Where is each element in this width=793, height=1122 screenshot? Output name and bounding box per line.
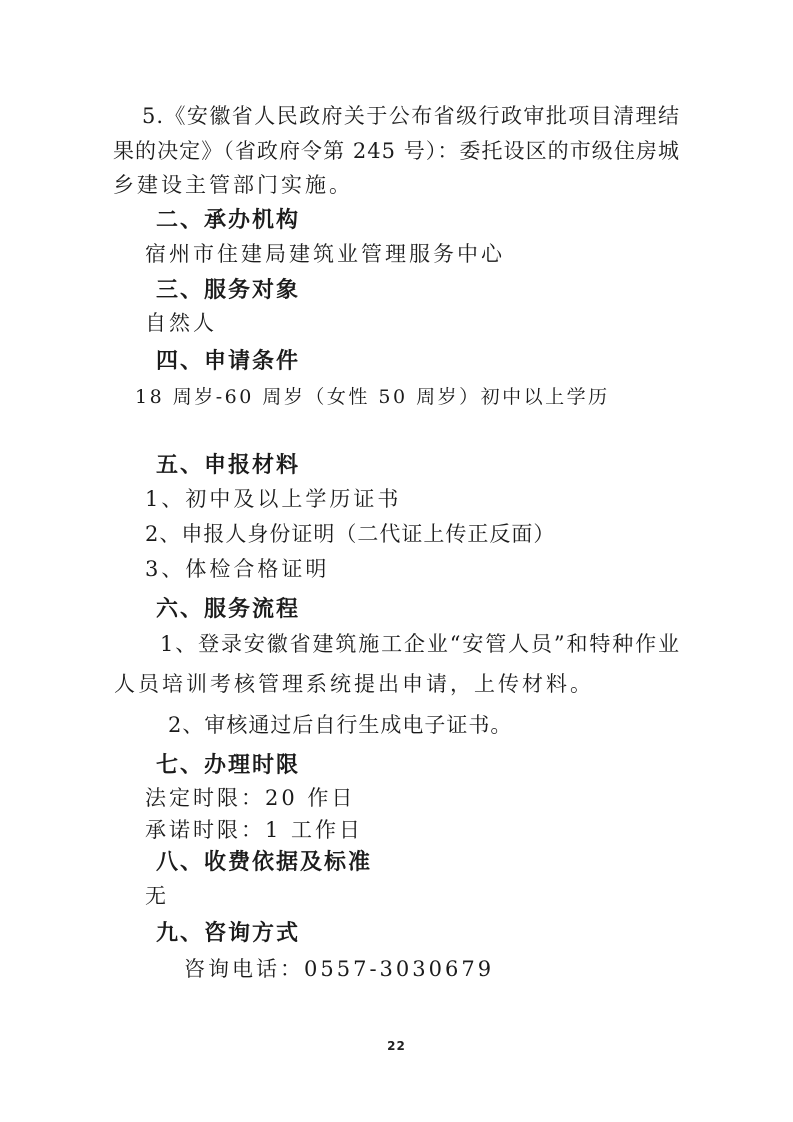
heading-consultation-method: 九、咨询方式 bbox=[156, 920, 300, 947]
process-step-1-line-2: 人员培训考核管理系统提出申请，上传材料。 bbox=[114, 671, 594, 698]
material-item-1: 1、初中及以上学历证书 bbox=[145, 486, 401, 513]
legal-basis-item-5-line-1: 5.《安徽省人民政府关于公布省级行政审批项目清理结 bbox=[142, 103, 680, 130]
material-item-2: 2、申报人身份证明（二代证上传正反面） bbox=[145, 521, 555, 548]
application-conditions-value: 18 周岁-60 周岁（女性 50 周岁）初中以上学历 bbox=[135, 384, 610, 411]
heading-service-process: 六、服务流程 bbox=[156, 596, 300, 623]
heading-application-conditions: 四、申请条件 bbox=[156, 348, 300, 375]
legal-basis-item-5-line-2: 果的决定》（省政府令第 245 号）：委托设区的市级住房城 bbox=[113, 138, 680, 165]
heading-processing-time-limit: 七、办理时限 bbox=[156, 752, 300, 779]
statutory-time-limit: 法定时限：20 作日 bbox=[145, 785, 355, 812]
heading-fee-basis-and-standard: 八、收费依据及标准 bbox=[156, 849, 372, 876]
page-number: 22 bbox=[0, 1039, 793, 1053]
heading-undertaking-agency: 二、承办机构 bbox=[156, 207, 300, 234]
document-page: 5.《安徽省人民政府关于公布省级行政审批项目清理结 果的决定》（省政府令第 24… bbox=[0, 0, 793, 1122]
legal-basis-item-5-line-3: 乡建设主管部门实施。 bbox=[113, 172, 353, 199]
service-target-value: 自然人 bbox=[145, 310, 217, 337]
process-step-1-line-1: 1、登录安徽省建筑施工企业“安管人员”和特种作业 bbox=[160, 631, 680, 658]
consultation-phone: 咨询电话：0557-3030679 bbox=[184, 956, 494, 983]
process-step-2: 2、审核通过后自行生成电子证书。 bbox=[168, 712, 512, 739]
undertaking-agency-value: 宿州市住建局建筑业管理服务中心 bbox=[145, 241, 505, 268]
fee-basis-value: 无 bbox=[145, 883, 169, 910]
heading-application-materials: 五、申报材料 bbox=[156, 452, 300, 479]
promised-time-limit: 承诺时限：1 工作日 bbox=[145, 817, 363, 844]
material-item-3: 3、体检合格证明 bbox=[145, 556, 329, 583]
heading-service-target: 三、服务对象 bbox=[156, 277, 300, 304]
